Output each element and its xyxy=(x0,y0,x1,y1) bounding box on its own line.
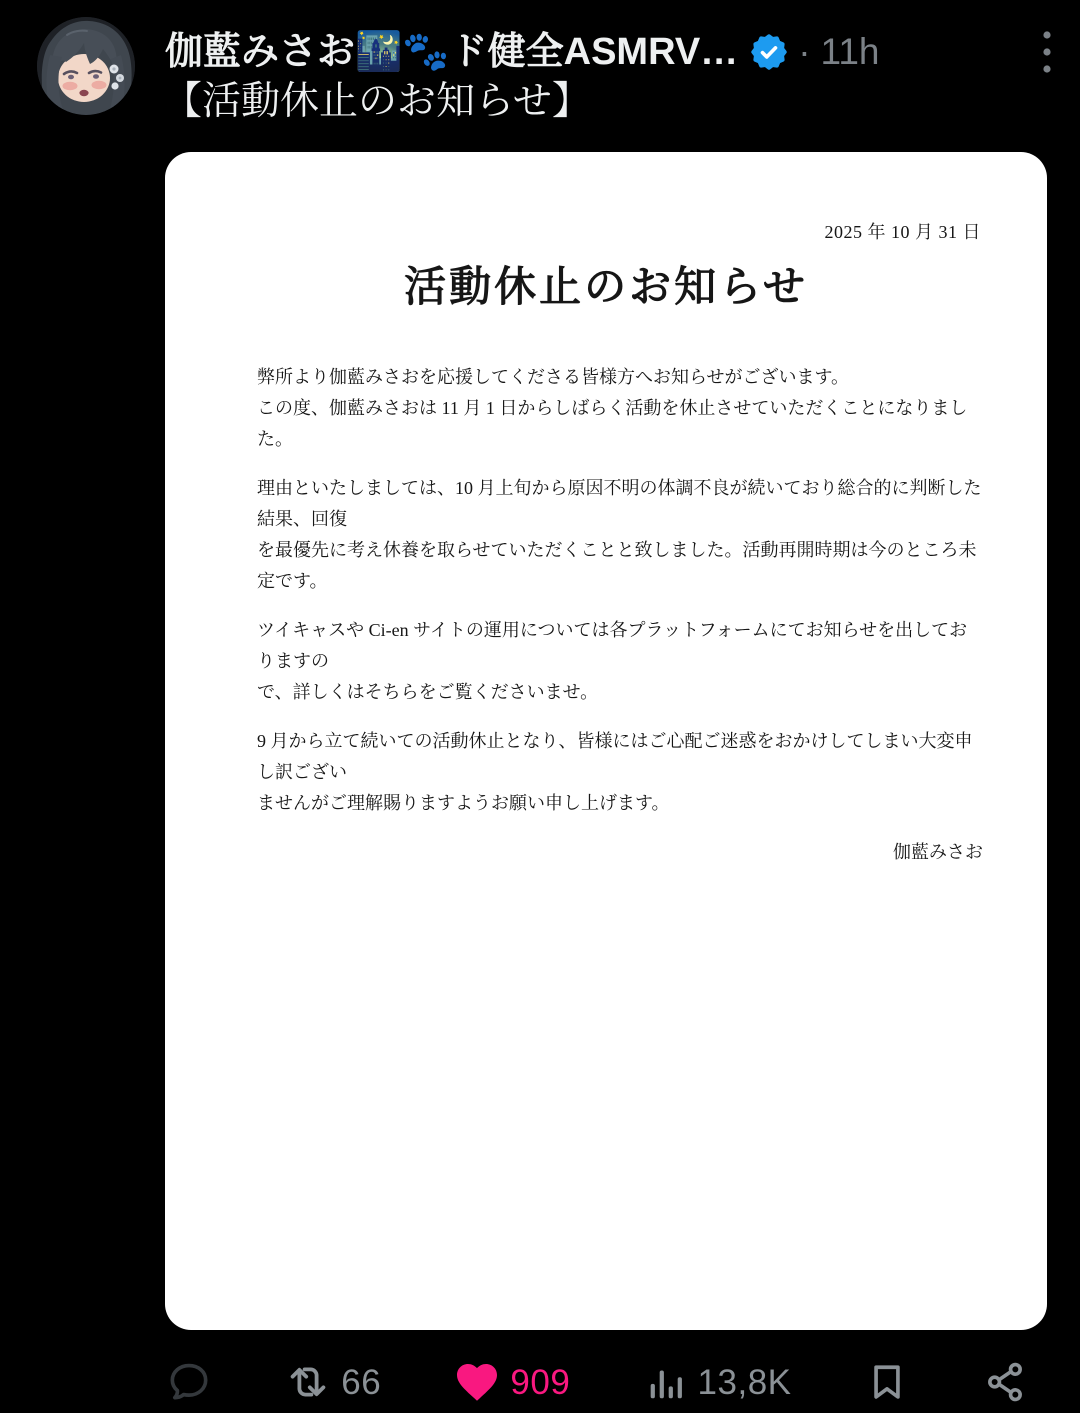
bookmark-button[interactable] xyxy=(864,1359,910,1405)
document-signature: 伽藍みさお xyxy=(257,837,983,868)
views-button[interactable]: 13,8K xyxy=(643,1359,792,1405)
repost-count: 66 xyxy=(341,1365,381,1400)
reply-icon xyxy=(166,1359,212,1405)
document-title: 活動休止のお知らせ xyxy=(165,254,1047,314)
heart-icon xyxy=(453,1358,501,1406)
post-meta: · 11h xyxy=(798,31,879,73)
document-paragraph: 理由といたしましては、10 月上旬から原因不明の体調不良が続いており総合的に判断… xyxy=(257,473,983,597)
views-icon xyxy=(643,1359,689,1405)
timestamp: 11h xyxy=(821,31,880,73)
bookmark-icon xyxy=(864,1359,910,1405)
display-name[interactable]: 伽藍みさお🌃🐾ド健全ASMRV… xyxy=(165,27,738,77)
reply-button[interactable] xyxy=(166,1359,212,1405)
share-button[interactable] xyxy=(982,1359,1028,1405)
views-count: 13,8K xyxy=(698,1365,792,1400)
document-body: 弊所より伽藍みさおを応援してくださる皆様方へお知らせがございます。 この度、伽藍… xyxy=(257,362,983,868)
repost-button[interactable]: 66 xyxy=(284,1358,381,1406)
like-button[interactable]: 909 xyxy=(453,1358,570,1406)
post-text: 【活動休止のお知らせ】 xyxy=(163,77,1040,127)
more-menu-icon[interactable] xyxy=(1040,28,1054,76)
action-bar: 66 909 13,8K xyxy=(166,1354,1028,1410)
document-paragraph: ツイキャスや Ci-en サイトの運用については各プラットフォームにてお知らせを… xyxy=(257,615,983,708)
repost-icon xyxy=(284,1358,332,1406)
verified-badge-icon xyxy=(750,33,788,71)
avatar[interactable] xyxy=(37,17,135,115)
post-header: 伽藍みさお🌃🐾ド健全ASMRV… · 11h xyxy=(165,26,1054,78)
like-count: 909 xyxy=(510,1365,570,1400)
share-icon xyxy=(982,1359,1028,1405)
post-view: 伽藍みさお🌃🐾ド健全ASMRV… · 11h 【活動休止のお知らせ】 2025 … xyxy=(0,0,1080,1413)
announcement-image[interactable]: 2025 年 10 月 31 日 活動休止のお知らせ 弊所より伽藍みさおを応援し… xyxy=(165,152,1047,1330)
document-paragraph: 弊所より伽藍みさおを応援してくださる皆様方へお知らせがございます。 この度、伽藍… xyxy=(257,362,983,455)
meta-separator: · xyxy=(798,31,810,73)
avatar-illustration xyxy=(37,17,135,115)
document-paragraph: 9 月から立て続いての活動休止となり、皆様にはご心配ご迷惑をおかけしてしまい大変… xyxy=(257,726,983,819)
document-date: 2025 年 10 月 31 日 xyxy=(825,218,982,244)
